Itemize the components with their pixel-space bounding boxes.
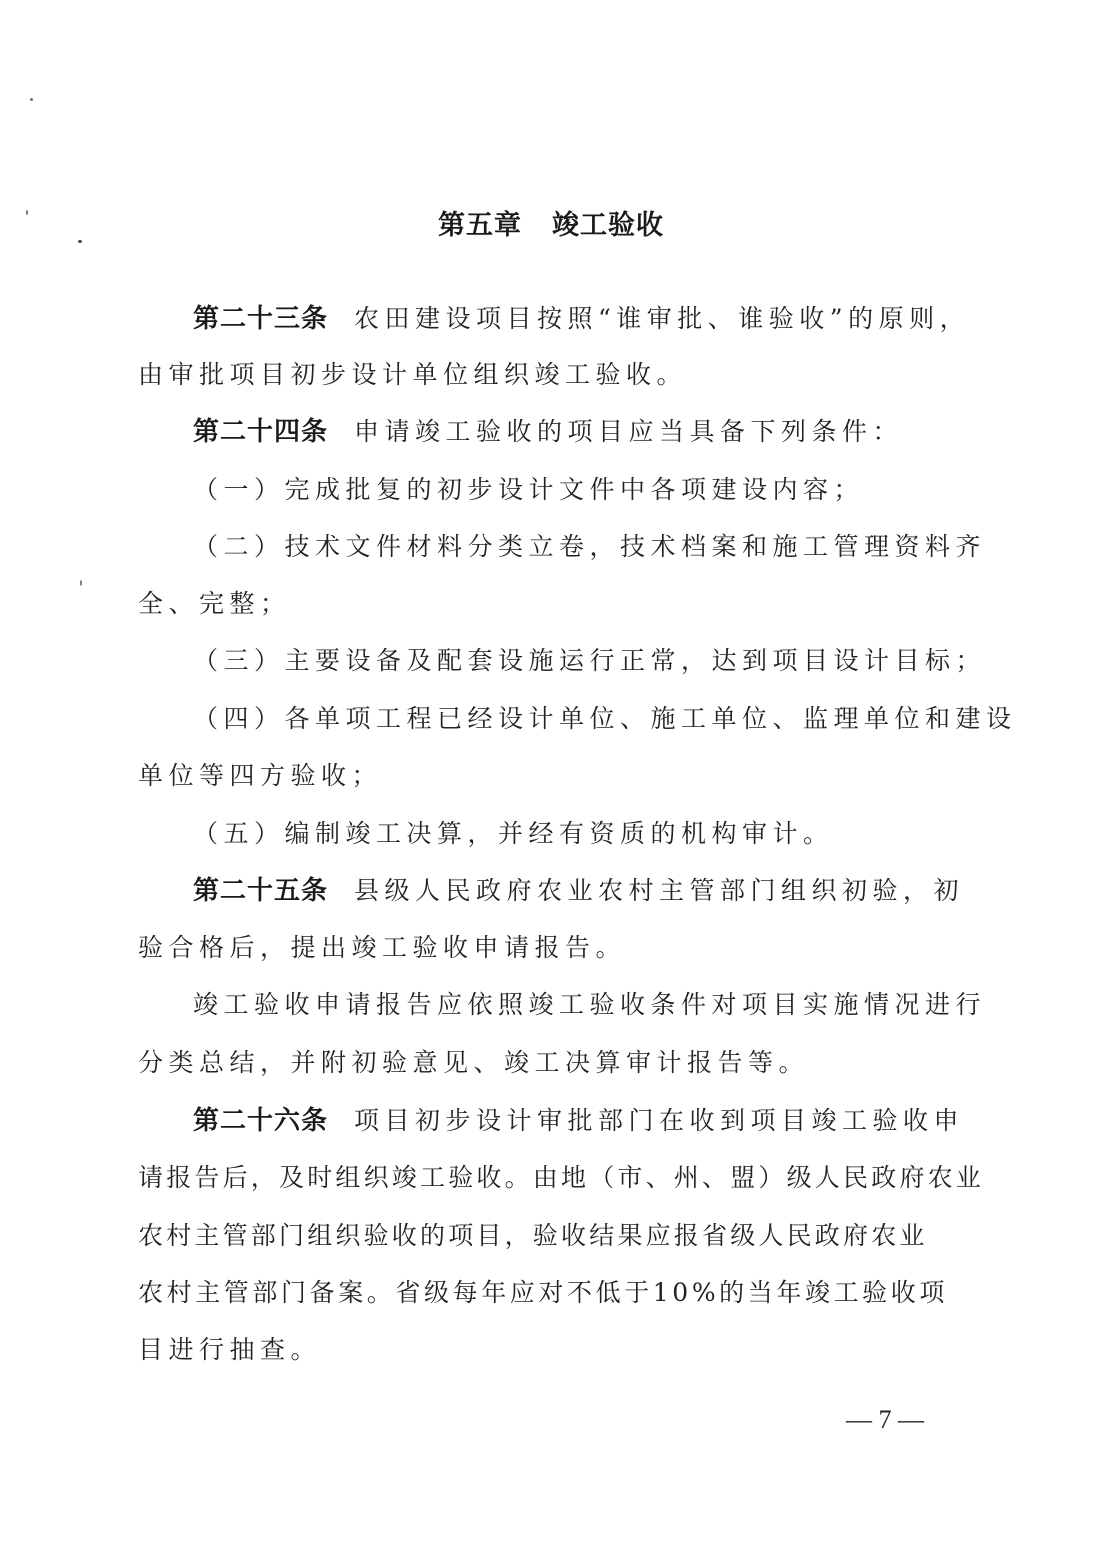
- article-text: 县级人民政府农业农村主管部门组织初验，初: [354, 876, 964, 905]
- page-number: — 7 —: [830, 1402, 940, 1438]
- condition-item-5: （五）编制竣工决算，并经有资质的机构审计。: [193, 814, 1013, 854]
- scan-speck: [30, 98, 33, 101]
- article-25-para-2-line-1: 竣工验收申请报告应依照竣工验收条件对项目实施情况进行: [193, 985, 1013, 1025]
- article-26-line-3: 农村主管部门组织验收的项目，验收结果应报省级人民政府农业: [138, 1216, 958, 1256]
- condition-item-4-cont: 单位等四方验收；: [138, 756, 958, 796]
- article-23-line-1: 第二十三条农田建设项目按照“谁审批、谁验收”的原则，: [193, 299, 1013, 339]
- article-25-line-2: 验合格后，提出竣工验收申请报告。: [138, 928, 958, 968]
- article-23-line-2: 由审批项目初步设计单位组织竣工验收。: [138, 355, 958, 395]
- article-24-line-1: 第二十四条申请竣工验收的项目应当具备下列条件：: [193, 412, 1013, 452]
- article-text: 农田建设项目按照“谁审批、谁验收”的原则，: [354, 304, 970, 333]
- chapter-title: 第五章竣工验收: [0, 206, 1102, 246]
- document-page: 第五章竣工验收 第二十三条农田建设项目按照“谁审批、谁验收”的原则， 由审批项目…: [0, 0, 1102, 1559]
- article-number: 第二十六条: [193, 1106, 328, 1136]
- article-26-line-5: 目进行抽查。: [138, 1330, 958, 1370]
- article-number: 第二十四条: [193, 417, 328, 447]
- article-text: 申请竣工验收的项目应当具备下列条件：: [354, 417, 903, 446]
- article-text: 项目初步设计审批部门在收到项目竣工验收申: [354, 1106, 964, 1135]
- article-25-para-2-line-2: 分类总结，并附初验意见、竣工决算审计报告等。: [138, 1043, 958, 1083]
- article-26-line-4: 农村主管部门备案。省级每年应对不低于10%的当年竣工验收项: [138, 1273, 958, 1313]
- condition-item-3: （三）主要设备及配套设施运行正常，达到项目设计目标；: [193, 641, 1013, 681]
- article-26-line-1: 第二十六条项目初步设计审批部门在收到项目竣工验收申: [193, 1101, 1013, 1141]
- chapter-name: 竣工验收: [552, 210, 664, 241]
- article-26-line-2: 请报告后，及时组织竣工验收。由地（市、州、盟）级人民政府农业: [138, 1158, 958, 1198]
- article-number: 第二十三条: [193, 304, 328, 334]
- chapter-number: 第五章: [438, 210, 522, 241]
- condition-item-1: （一）完成批复的初步设计文件中各项建设内容；: [193, 470, 1013, 510]
- article-25-line-1: 第二十五条县级人民政府农业农村主管部门组织初验，初: [193, 871, 1013, 911]
- condition-item-2-cont: 全、完整；: [138, 584, 958, 624]
- scan-speck: [80, 580, 82, 586]
- condition-item-4: （四）各单项工程已经设计单位、施工单位、监理单位和建设: [193, 699, 1013, 739]
- article-number: 第二十五条: [193, 876, 328, 906]
- condition-item-2: （二）技术文件材料分类立卷，技术档案和施工管理资料齐: [193, 527, 1013, 567]
